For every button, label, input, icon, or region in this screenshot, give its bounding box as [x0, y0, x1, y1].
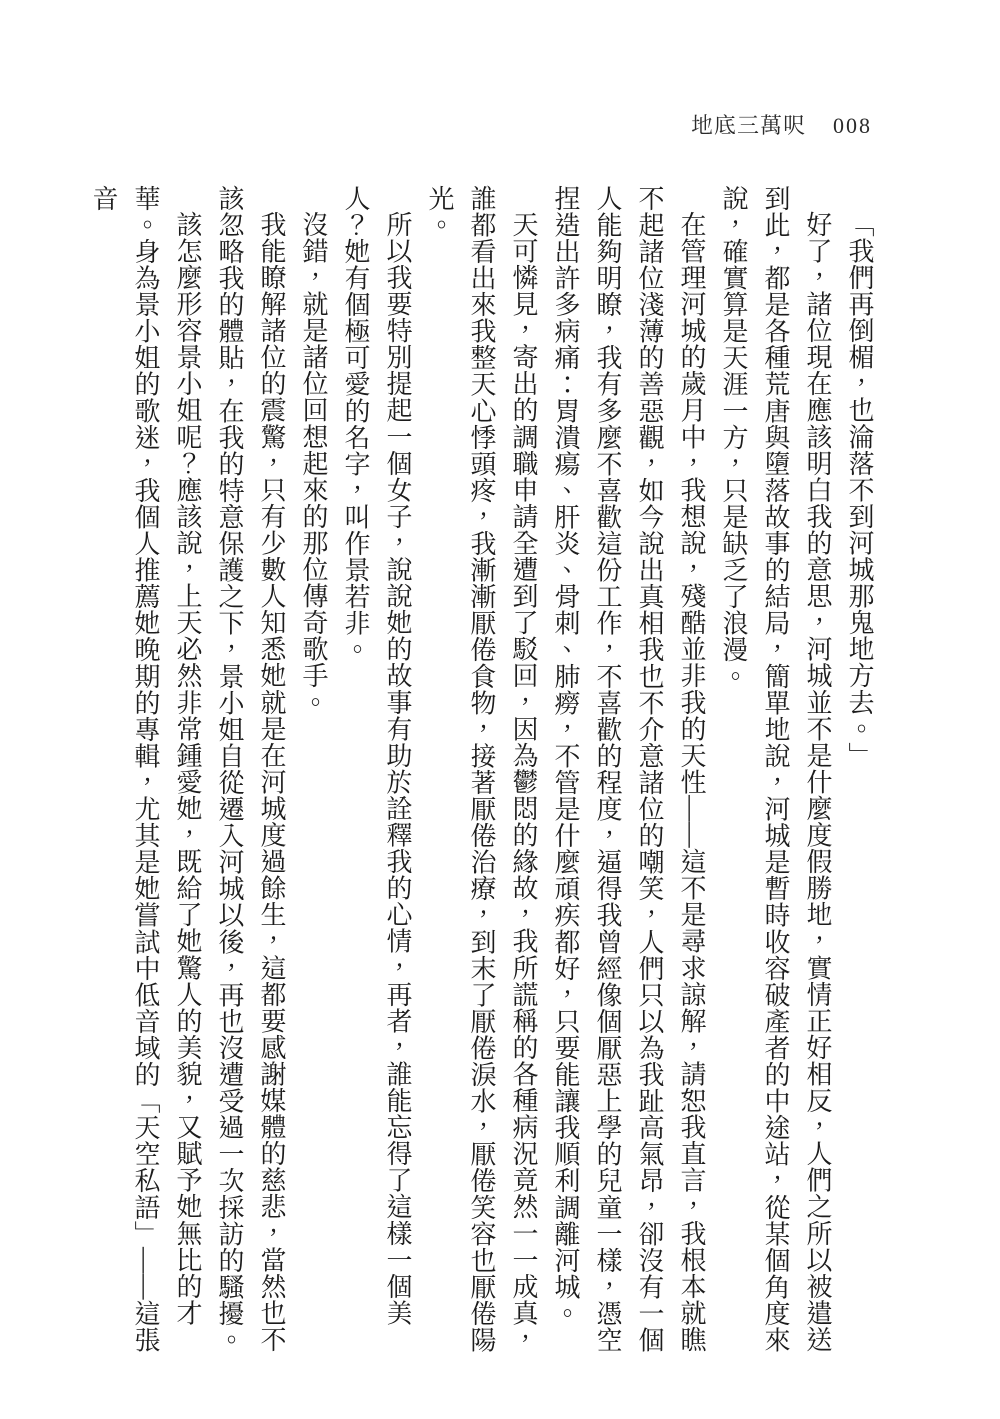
paragraph: 好了，諸位現在應該明白我的意思，河城並不是什麼度假勝地，實情正好相反，人們之所以… [712, 185, 838, 1361]
book-title: 地底三萬呎 [691, 109, 806, 140]
paragraph: 所以我要特別提起一個女子，說說她的故事有助於詮釋我的心情，再者，誰能忘得了這樣一… [334, 185, 418, 1361]
paragraph-quote: 「我們再倒楣，也淪落不到河城那鬼地方去。」 [838, 185, 880, 1361]
body-text: 「我們再倒楣，也淪落不到河城那鬼地方去。」 好了，諸位現在應該明白我的意思，河城… [82, 185, 880, 1361]
paragraph: 沒錯，就是諸位回想起來的那位傳奇歌手。 [292, 185, 334, 1361]
paragraph: 該怎麼形容景小姐呢？應該說，上天必然非常鍾愛她，既給了她驚人的美貌，又賦予她無比… [82, 185, 208, 1361]
paragraph: 在管理河城的歲月中，我想說，殘酷並非我的天性——這不是尋求諒解，請恕我直言，我根… [544, 185, 712, 1361]
paragraph: 天可憐見，寄出的調職申請全遭到了駁回，因為鬱悶的緣故，我所謊稱的各種病況竟然一一… [418, 185, 544, 1361]
running-header: 地底三萬呎 008 [691, 109, 872, 140]
paragraph: 我能瞭解諸位的震驚，只有少數人知悉她就是在河城度過餘生，這都要感謝媒體的慈悲，當… [208, 185, 292, 1361]
page-number: 008 [833, 113, 872, 139]
book-page: 地底三萬呎 008 「我們再倒楣，也淪落不到河城那鬼地方去。」 好了，諸位現在應… [0, 0, 1000, 1419]
